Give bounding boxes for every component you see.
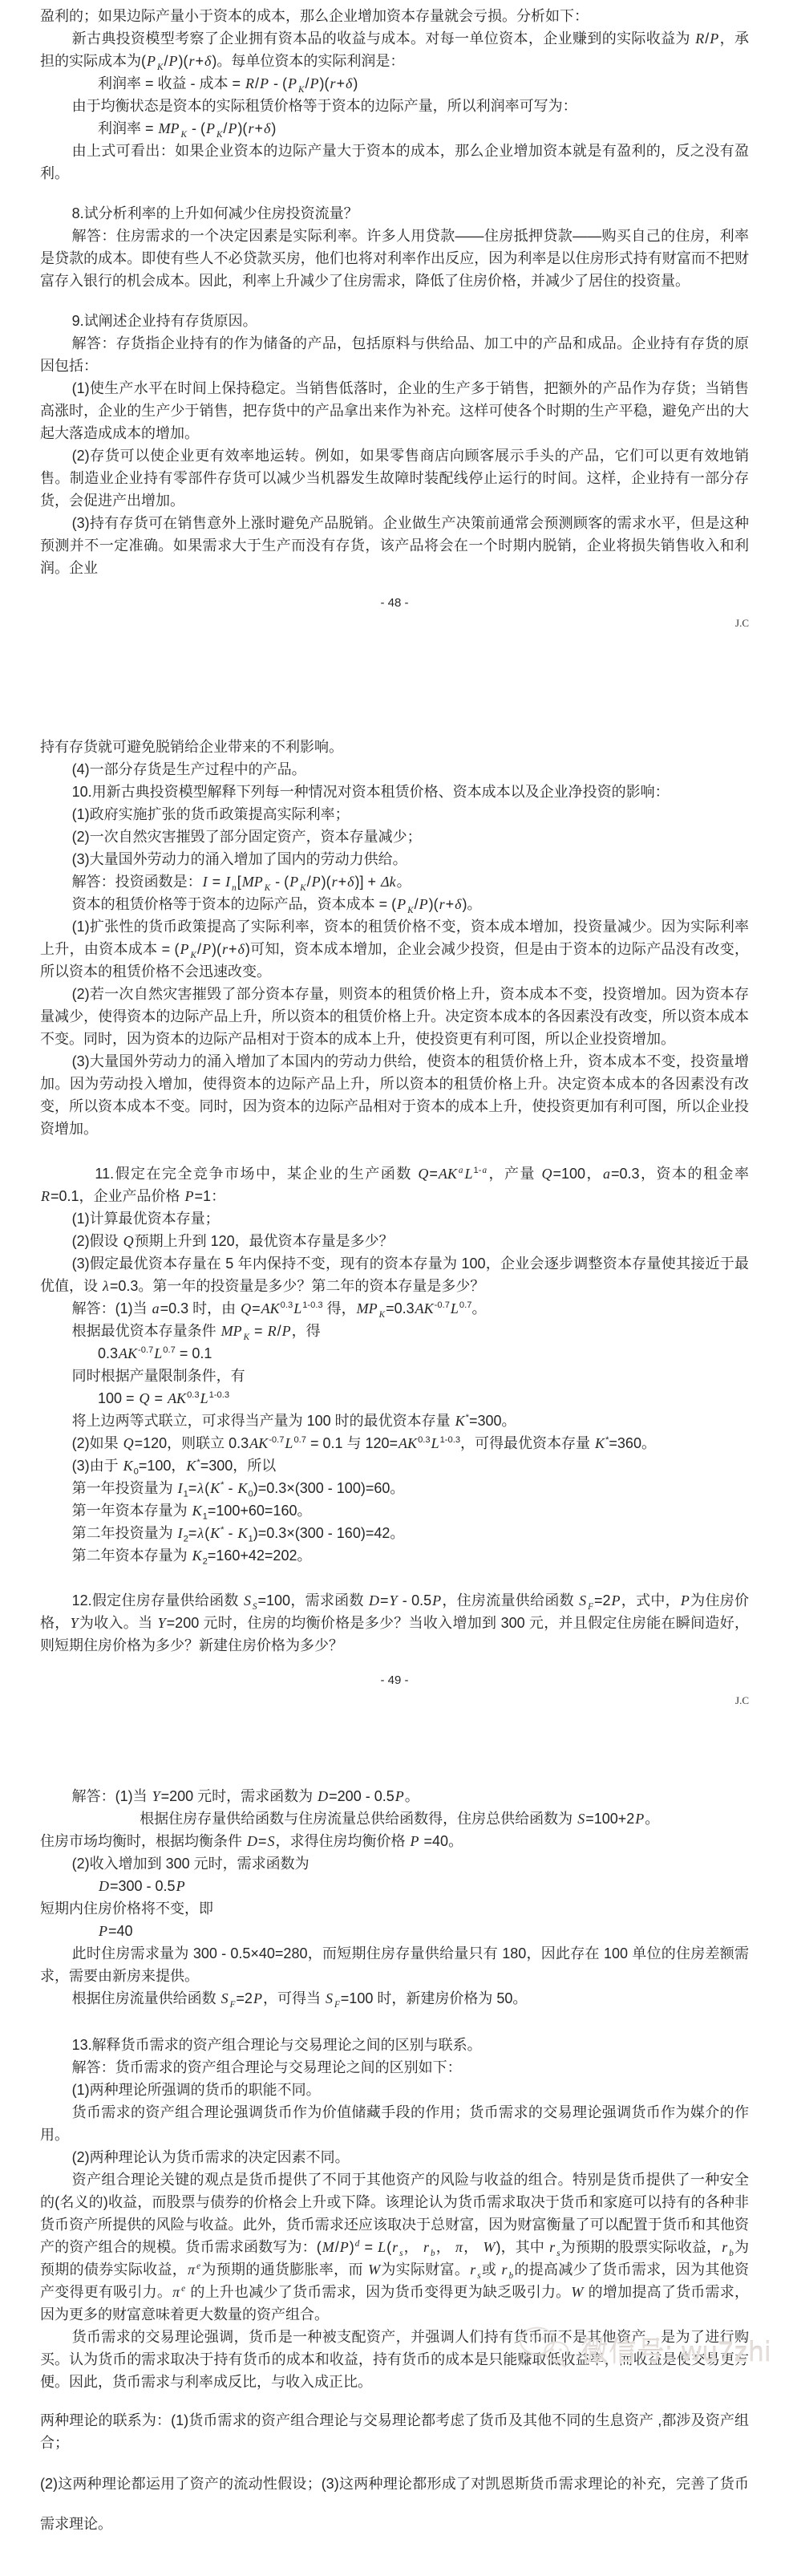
paragraph: (2)假设 Q预期上升到 120，最优资本存量是多少？ bbox=[40, 1230, 749, 1252]
page-break bbox=[40, 632, 749, 736]
paragraph: 解答：(1)当 a=0.3 时，由 Q=AK0.3L1-0.3 得，MPK=0.… bbox=[40, 1297, 749, 1320]
paragraph: 第二年资本存量为 K2=160+42=202。 bbox=[40, 1544, 749, 1567]
paragraph: (3)由于 K0=100，K*=300，所以 bbox=[40, 1454, 749, 1477]
paragraph: 此时住房需求量为 300 - 0.5×40=280，而短期住房存量供给量只有 1… bbox=[40, 1942, 749, 1987]
wechat-watermark: 微信号: wu7zhi bbox=[518, 2325, 771, 2374]
question-9-title: 9.试阐述企业持有存货原因。 bbox=[40, 310, 749, 332]
paragraph: 将上边两等式联立，可求得当产量为 100 时的最优资本存量 K*=300。 bbox=[40, 1410, 749, 1432]
question-12-title: 12.假定住房存量供给函数 SS=100，需求函数 D=Y - 0.5P，住房流… bbox=[40, 1589, 749, 1657]
formula-line: P=40 bbox=[40, 1920, 749, 1942]
paragraph: (1)计算最优资本存量； bbox=[40, 1207, 749, 1230]
paragraph: (3)大量国外劳动力的涌入增加了本国内的劳动力供给，使资本的租赁价格上升，资本成… bbox=[40, 1050, 749, 1140]
paragraph: 由于均衡状态是资本的实际租赁价格等于资本的边际产量，所以利润率可写为： bbox=[40, 95, 749, 117]
paragraph: (2)两种理论认为货币需求的决定因素不同。 bbox=[40, 2146, 749, 2168]
formula-line: D=300 - 0.5P bbox=[40, 1875, 749, 1897]
paragraph: (1)两种理论所强调的货币的职能不同。 bbox=[40, 2079, 749, 2101]
paragraph: 解答：(1)当 Y=200 元时，需求函数为 D=200 - 0.5P。 bbox=[40, 1785, 749, 1807]
document: 盈利的；如果边际产量小于资本的成本，那么企业增加资本存量就会亏损。分析如下： 新… bbox=[0, 0, 789, 2576]
question-13-title: 13.解释货币需求的资产组合理论与交易理论之间的区别与联系。 bbox=[40, 2034, 749, 2056]
paragraph: 根据住房存量供给函数与住房流量总供给函数得，住房总供给函数为 S=100+2P。 bbox=[40, 1807, 749, 1830]
paragraph: (2)收入增加到 300 元时，需求函数为 bbox=[40, 1852, 749, 1875]
paragraph: 资本的租赁价格等于资本的边际产品，资本成本 = (PK/P)(r+δ)。 bbox=[40, 893, 749, 915]
page-number: - 48 - bbox=[40, 592, 749, 615]
paragraph: (2)如果 Q=120，则联立 0.3AK-0.7L0.7 = 0.1 与 12… bbox=[40, 1432, 749, 1454]
paragraph: 资产组合理论关键的观点是货币提供了不同于其他资产的风险与收益的组合。特别是货币提… bbox=[40, 2168, 749, 2326]
paragraph: 解答：存货指企业持有的作为储备的产品，包括原料与供给品、加工中的产品和成品。企业… bbox=[40, 332, 749, 377]
page-49: 持有存货就可避免脱销给企业带来的不利影响。 (4)一部分存货是生产过程中的产品。… bbox=[40, 736, 749, 1710]
watermark-label: 微信号: wu7zhi bbox=[581, 2330, 771, 2369]
page-50: 解答：(1)当 Y=200 元时，需求函数为 D=200 - 0.5P。 根据住… bbox=[40, 1785, 749, 2544]
paragraph: 解答：投资函数是：I = In[MPK - (PK/P)(r+δ)] + Δk。 bbox=[40, 870, 749, 893]
paragraph: 根据住房流量供给函数 SF=2P，可得当 SF=100 时，新建房价格为 50。 bbox=[40, 1987, 749, 2010]
paragraph: 第二年投资量为 I2=λ(K* - K1)=0.3×(300 - 160)=42… bbox=[40, 1522, 749, 1544]
page-initials: J.C bbox=[40, 1692, 749, 1710]
paragraph: (2)这两种理论都运用了资产的流动性假设；(3)这两种理论都形成了对凯恩斯货币需… bbox=[40, 2464, 749, 2544]
paragraph: 新古典投资模型考察了企业拥有资本品的收益与成本。对每一单位资本，企业赚到的实际收… bbox=[40, 27, 749, 72]
paragraph: 货币需求的资产组合理论强调货币作为价值储藏手段的作用；货币需求的交易理论强调货币… bbox=[40, 2101, 749, 2146]
formula-line: 利润率 = 收益 - 成本 = R/P - (PK/P)(r+δ) bbox=[40, 72, 749, 95]
paragraph: (2)存货可以使企业更有效率地运转。例如，如果零售商店向顾客展示手头的产品，它们… bbox=[40, 444, 749, 512]
paragraph: (3)假定最优资本存量在 5 年内保持不变，现有的资本存量为 100，企业会逐步… bbox=[40, 1252, 749, 1297]
question-8-title: 8.试分析利率的上升如何减少住房投资流量？ bbox=[40, 202, 749, 225]
paragraph: (2)一次自然灾害摧毁了部分固定资产，资本存量减少； bbox=[40, 826, 749, 848]
question-10-title: 10.用新古典投资模型解释下列每一种情况对资本租赁价格、资本成本以及企业净投资的… bbox=[40, 781, 749, 803]
paragraph: 根据最优资本存量条件 MPK = R/P，得 bbox=[40, 1320, 749, 1342]
paragraph: (1)使生产水平在时间上保持稳定。当销售低落时，企业的生产多于销售，把额外的产品… bbox=[40, 377, 749, 444]
paragraph: 短期内住房价格将不变，即 bbox=[40, 1897, 749, 1920]
formula-line: 0.3AK-0.7L0.7 = 0.1 bbox=[40, 1342, 749, 1365]
paragraph: 第一年资本存量为 K1=100+60=160。 bbox=[40, 1499, 749, 1522]
paragraph: 解答：货币需求的资产组合理论与交易理论之间的区别如下： bbox=[40, 2056, 749, 2079]
paragraph: (3)持有存货可在销售意外上涨时避免产品脱销。企业做生产决策前通常会预测顾客的需… bbox=[40, 512, 749, 579]
paragraph: (1)政府实施扩张的货币政策提高实际利率； bbox=[40, 803, 749, 826]
paragraph: 两种理论的联系为：(1)货币需求的资产组合理论与交易理论都考虑了货币及其他不同的… bbox=[40, 2409, 749, 2454]
paragraph: 由上式可看出：如果企业资本的边际产量大于资本的成本，那么企业增加资本就是有盈利的… bbox=[40, 140, 749, 185]
paragraph: 同时根据产量限制条件，有 bbox=[40, 1365, 749, 1387]
wechat-icon bbox=[518, 2325, 571, 2374]
formula-line: 利润率 = MPK - (PK/P)(r+δ) bbox=[40, 117, 749, 140]
question-11-title: 11.假定在完全竞争市场中，某企业的生产函数 Q=AKaL1-a，产量 Q=10… bbox=[40, 1162, 749, 1207]
paragraph: (2)若一次自然灾害摧毁了部分资本存量，则资本的租赁价格上升，资本成本不变，投资… bbox=[40, 983, 749, 1050]
page-48: 盈利的；如果边际产量小于资本的成本，那么企业增加资本存量就会亏损。分析如下： 新… bbox=[40, 5, 749, 632]
paragraph: (1)扩张性的货币政策提高了实际利率，资本的租赁价格不变，资本成本增加，投资量减… bbox=[40, 915, 749, 983]
page-number: - 49 - bbox=[40, 1669, 749, 1692]
page-break bbox=[40, 1710, 749, 1785]
paragraph: (3)大量国外劳动力的涌入增加了国内的劳动力供给。 bbox=[40, 848, 749, 870]
paragraph: 解答：住房需求的一个决定因素是实际利率。许多人用贷款——住房抵押贷款——购买自己… bbox=[40, 225, 749, 292]
page-initials: J.C bbox=[40, 615, 749, 632]
paragraph: (4)一部分存货是生产过程中的产品。 bbox=[40, 758, 749, 781]
paragraph: 第一年投资量为 I1=λ(K* - K0)=0.3×(300 - 100)=60… bbox=[40, 1477, 749, 1499]
paragraph: 持有存货就可避免脱销给企业带来的不利影响。 bbox=[40, 736, 749, 758]
paragraph: 盈利的；如果边际产量小于资本的成本，那么企业增加资本存量就会亏损。分析如下： bbox=[40, 5, 749, 27]
formula-line: 100 = Q = AK0.3L1-0.3 bbox=[40, 1387, 749, 1410]
paragraph: 住房市场均衡时，根据均衡条件 D=S，求得住房均衡价格 P =40。 bbox=[40, 1830, 749, 1852]
